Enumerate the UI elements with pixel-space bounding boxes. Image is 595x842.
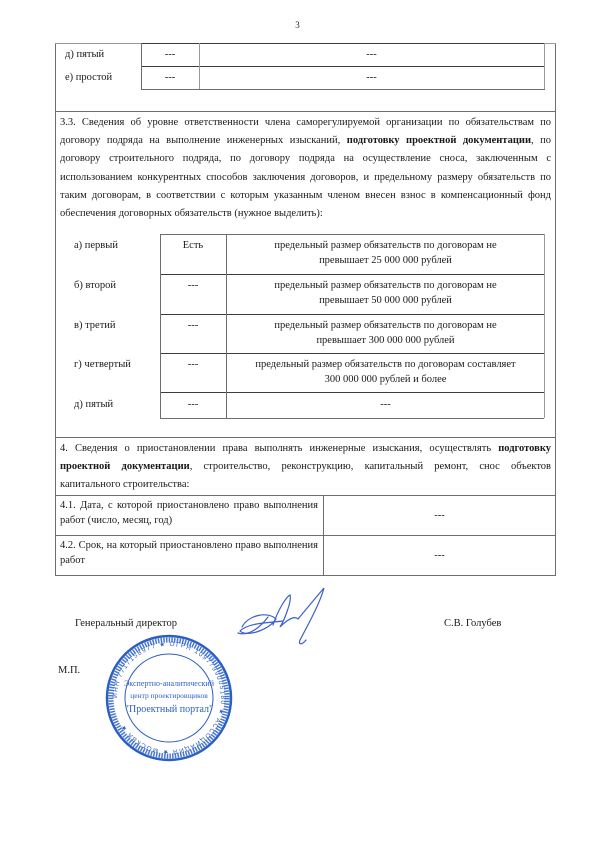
level-mark: ---	[141, 70, 199, 85]
level-label: е) простой	[65, 70, 112, 85]
level-label: д) пятый	[65, 47, 104, 62]
organization-stamp-icon: ИНН 7717158977 ★ ОГРН 1097799005180 ★ АС…	[103, 634, 235, 762]
level-label: в) третий	[74, 318, 116, 333]
signatory-name: С.В. Голубев	[444, 618, 501, 629]
level-mark: ---	[160, 318, 226, 333]
handwritten-signature-icon	[228, 585, 338, 650]
page-number: 3	[0, 20, 595, 30]
signatory-role: Генеральный директор	[75, 618, 177, 629]
svg-text:Экспертно-аналитический: Экспертно-аналитический	[124, 679, 215, 688]
suspension-term-label: 4.2. Срок, на который приостановлено пра…	[60, 538, 318, 568]
table-border	[160, 418, 544, 419]
table-border	[160, 314, 544, 315]
level-limit: предельный размер обязательств по догово…	[227, 357, 544, 387]
table-border	[160, 274, 544, 275]
suspension-date-label: 4.1. Дата, с которой приостановлено прав…	[60, 498, 318, 528]
table-border	[141, 43, 545, 44]
section-divider	[55, 437, 556, 438]
table-border	[141, 66, 545, 67]
table-border	[160, 353, 544, 354]
level-limit: ---	[199, 70, 544, 85]
table-border	[160, 392, 544, 393]
level-mark: ---	[160, 397, 226, 412]
level-label: г) четвертый	[74, 357, 131, 372]
level-label: а) первый	[74, 238, 118, 253]
section-3-3-text: 3.3. Сведения об уровне ответственности …	[60, 114, 551, 223]
level-mark: Есть	[160, 238, 226, 253]
level-limit: предельный размер обязательств по догово…	[227, 238, 544, 268]
svg-text:"Проектный портал": "Проектный портал"	[125, 704, 213, 715]
svg-text:центр проектировщиков: центр проектировщиков	[130, 691, 208, 700]
table-border	[160, 234, 544, 235]
level-limit: предельный размер обязательств по догово…	[227, 278, 544, 308]
section-divider	[55, 111, 556, 112]
table-border	[55, 495, 556, 496]
level-limit: ---	[227, 397, 544, 412]
table-border	[544, 234, 545, 418]
level-label: б) второй	[74, 278, 116, 293]
section-4-text: 4. Сведения о приостановлении права выпо…	[60, 440, 551, 495]
suspension-term-value: ---	[323, 548, 556, 563]
table-border	[544, 43, 545, 89]
level-mark: ---	[160, 278, 226, 293]
level-mark: ---	[160, 357, 226, 372]
level-limit: ---	[199, 47, 544, 62]
table-border	[141, 89, 545, 90]
suspension-date-value: ---	[323, 508, 556, 523]
level-mark: ---	[141, 47, 199, 62]
level-limit: предельный размер обязательств по догово…	[227, 318, 544, 348]
level-label: д) пятый	[74, 397, 113, 412]
seal-place-label: М.П.	[58, 665, 80, 676]
table-border	[55, 535, 556, 536]
